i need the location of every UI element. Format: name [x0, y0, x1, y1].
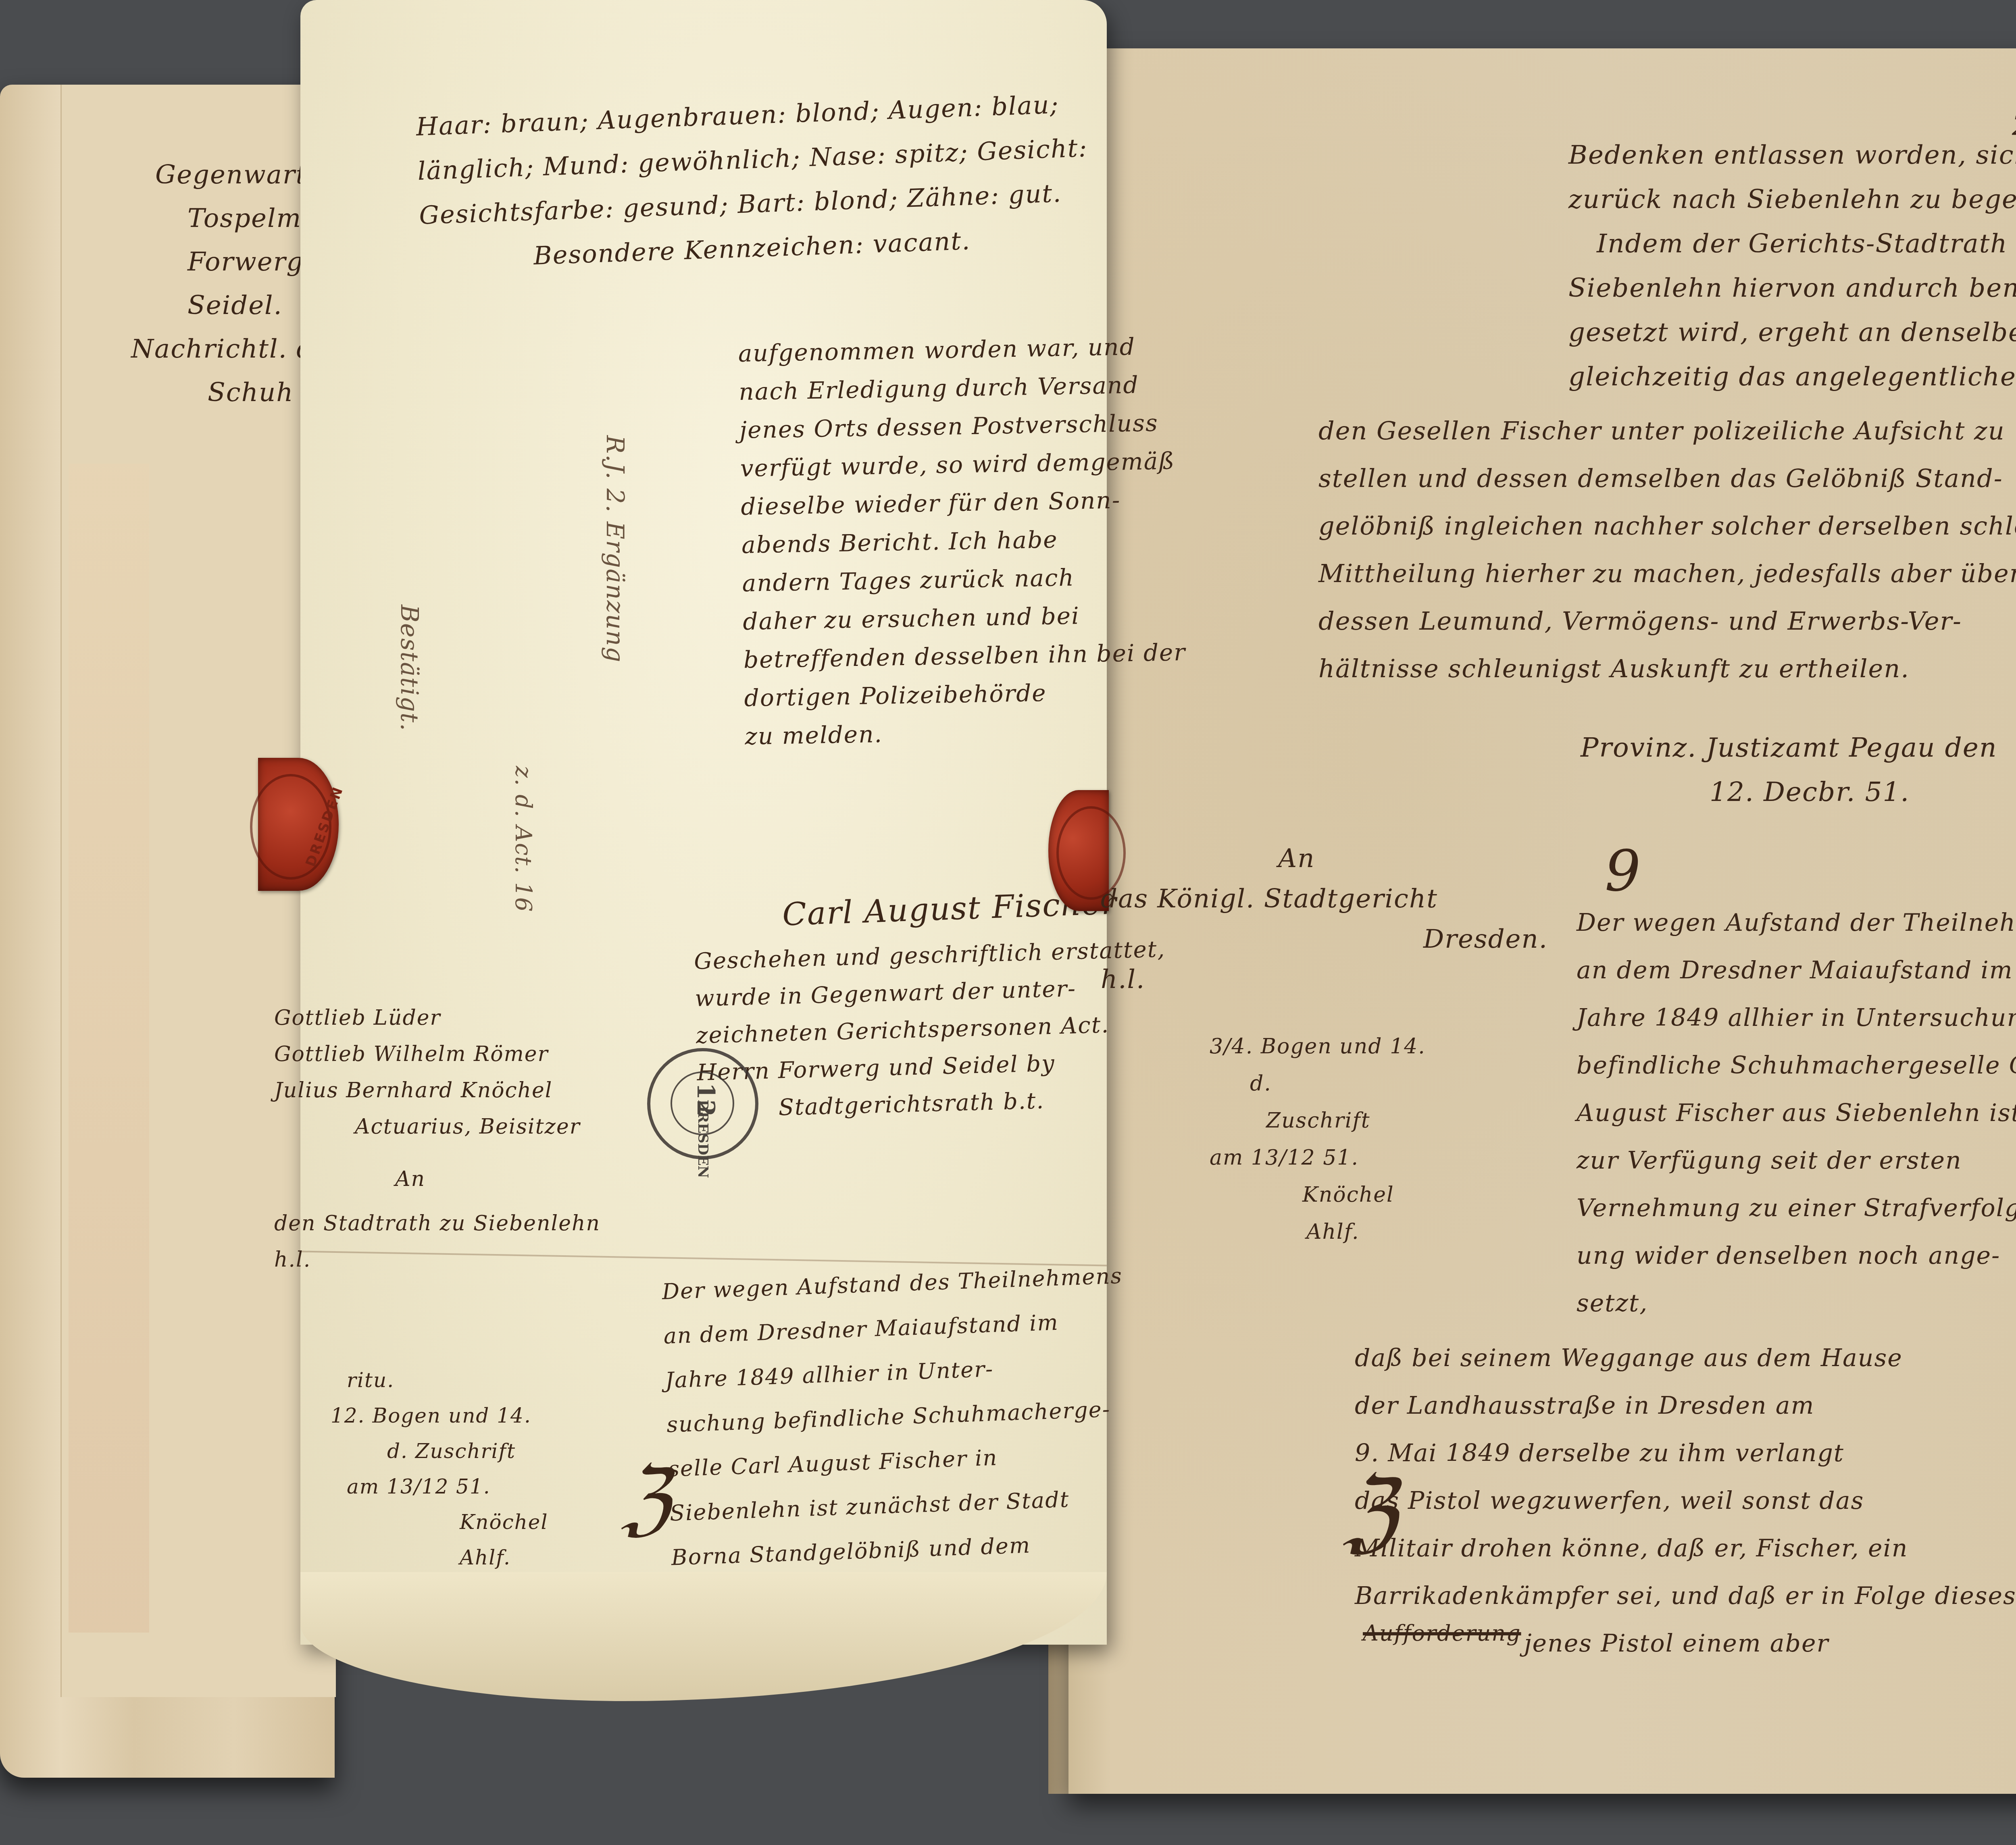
- text-line: Julius Bernhard Knöchel: [274, 1072, 600, 1109]
- personal-description: Haar: braun; Augenbrauen: blond; Augen: …: [415, 81, 1091, 282]
- dresden-postmark: 12 DRESDEN: [647, 1048, 758, 1159]
- text-line: das Pistol wegzuwerfen, weil sonst das: [1355, 1477, 2016, 1525]
- dateline-date: 12. Decbr. 51.: [1581, 770, 1997, 814]
- text-line: Actuarius, Beisitzer: [274, 1109, 600, 1145]
- right-page-top-text: Bedenken entlassen worden, sich sofort z…: [1568, 133, 2016, 399]
- insert-lower-paragraph: Der wegen Aufstand des Theilnehmens an d…: [661, 1254, 1133, 1580]
- text-line: Bedenken entlassen worden, sich sofort: [1568, 133, 2016, 177]
- postmark-city: DRESDEN: [695, 1100, 711, 1178]
- left-underpage-text: Gegenwart Tospelm Forwerg Seidel. Nachri…: [155, 153, 323, 414]
- text-line: Gottlieb Wilhelm Römer: [274, 1036, 600, 1072]
- text-line: am 13/12 51.: [347, 1469, 548, 1504]
- addressee-city: Dresden.: [1101, 919, 1548, 959]
- text-line: Mittheilung hierher zu machen, jedesfall…: [1318, 550, 2016, 597]
- dateline: Provinz. Justizamt Pegau den 12. Decbr. …: [1581, 726, 1997, 814]
- text-line: Knöchel: [1210, 1176, 1426, 1213]
- section-brace-mark: ℨ: [1343, 1459, 1398, 1562]
- text-line: gelöbniß ingleichen nachher solcher ders…: [1318, 502, 2016, 550]
- text-line: Gegenwart: [155, 153, 323, 197]
- text-line: Ahlf.: [1210, 1213, 1426, 1250]
- text-line: gesetzt wird, ergeht an denselben: [1568, 310, 2016, 355]
- text-line: ritu.: [347, 1362, 548, 1398]
- text-line: hältnisse schleunigst Auskunft zu erthei…: [1318, 645, 2016, 693]
- right-page-instructions: den Gesellen Fischer unter polizeiliche …: [1318, 407, 2016, 693]
- addressee-name: das Königl. Stadtgericht: [1101, 879, 1548, 919]
- text-line: befindliche Schuhmachergeselle Carl: [1577, 1042, 2016, 1089]
- right-page-closing: daß bei seinem Weggange aus dem Hause de…: [1355, 1334, 2016, 1667]
- right-page-paragraph: Der wegen Aufstand der Theilnehmer an de…: [1577, 899, 2016, 1327]
- text-line: Militair drohen könne, daß er, Fischer, …: [1355, 1525, 2016, 1572]
- text-line: Vernehmung zu einer Strafverfolg-: [1577, 1184, 2016, 1232]
- vertical-margin-note: z. d. Act. 16: [510, 766, 536, 913]
- text-line: Siebenlehn hiervon andurch benachrichtig…: [1568, 266, 2016, 310]
- addressee-hl: h.l.: [1101, 959, 1548, 1000]
- text-line: 3/4. Bogen und 14.: [1210, 1028, 1426, 1065]
- witness-signatures: Gottlieb Lüder Gottlieb Wilhelm Römer Ju…: [274, 1000, 600, 1278]
- text-line: Ahlf.: [347, 1540, 548, 1575]
- text-line: Zuschrift: [1210, 1102, 1426, 1139]
- text-line: den Stadtrath zu Siebenlehn: [274, 1205, 600, 1242]
- left-page-stain: [69, 464, 149, 1633]
- text-line: stellen und dessen demselben das Gelöbni…: [1318, 455, 2016, 502]
- text-line: Nachrichtl. d.: [131, 327, 323, 371]
- text-line: der Landhausstraße in Dresden am: [1355, 1382, 2016, 1429]
- text-line: dieselbe wieder für den Sonn-: [741, 480, 1184, 526]
- insert-registry-note: ritu. 12. Bogen und 14. d. Zuschrift am …: [347, 1362, 548, 1575]
- text-line: ung wider denselben noch ange-: [1577, 1232, 2016, 1279]
- section-number: 9: [1605, 838, 1641, 904]
- text-line: am 13/12 51.: [1210, 1139, 1426, 1176]
- section-brace-mark: ℨ: [621, 1451, 671, 1545]
- text-line: d.: [1210, 1065, 1426, 1102]
- text-line: Gottlieb Lüder: [274, 1000, 600, 1036]
- text-line: Schuh: [155, 371, 323, 414]
- text-line: setzt,: [1577, 1279, 2016, 1327]
- text-line: an dem Dresdner Maiaufstand im: [1577, 946, 2016, 994]
- text-line: An: [274, 1161, 600, 1197]
- text-line: 12. Bogen und 14.: [331, 1398, 548, 1433]
- vertical-margin-note: R.J. 2. Ergänzung: [601, 435, 629, 663]
- text-line: dessen Leumund, Vermögens- und Erwerbs-V…: [1318, 597, 2016, 645]
- text-line: zur Verfügung seit der ersten: [1577, 1137, 2016, 1184]
- text-line: zurück nach Siebenlehn zu begeben.: [1568, 177, 2016, 222]
- wax-seal-left: DRESDEN: [258, 758, 339, 891]
- text-line: Indem der Gerichts-Stadtrath zu: [1568, 222, 2016, 266]
- text-line: 9. Mai 1849 derselbe zu ihm verlangt: [1355, 1429, 2016, 1477]
- text-line: Tospelm: [155, 197, 323, 240]
- text-line: daß bei seinem Weggange aus dem Hause: [1355, 1334, 2016, 1382]
- text-line: den Gesellen Fischer unter polizeiliche …: [1318, 407, 2016, 455]
- text-line: zu melden.: [745, 710, 1188, 756]
- text-line: gleichzeitig das angelegentliche Ersuche…: [1568, 355, 2016, 399]
- protocol-text: Geschehen und geschriftlich erstattet, w…: [694, 931, 1170, 1128]
- text-line: Forwerg: [155, 240, 323, 284]
- text-line: d. Zuschrift: [347, 1433, 548, 1469]
- inserted-page-curl: [300, 1572, 1107, 1701]
- text-line: Barrikadenkämpfer sei, und daß er in Fol…: [1355, 1572, 2016, 1620]
- dateline-place: Provinz. Justizamt Pegau den: [1581, 726, 1997, 770]
- addressee-an: An: [1101, 838, 1548, 879]
- insert-body-text: aufgenommen worden war, und nach Erledig…: [738, 327, 1187, 756]
- vertical-margin-note: Bestätigt.: [395, 605, 423, 732]
- struck-word: Aufforderung: [1363, 1620, 1521, 1646]
- text-line: Jahre 1849 allhier in Untersuchung: [1577, 994, 2016, 1042]
- text-line: Seidel.: [155, 284, 323, 327]
- text-line: h.l.: [274, 1242, 600, 1278]
- addressee-block: An das Königl. Stadtgericht Dresden. h.l…: [1101, 838, 1548, 1000]
- text-line: August Fischer aus Siebenlehn ist: [1577, 1089, 2016, 1137]
- text-line: Knöchel: [347, 1504, 548, 1540]
- text-line: Der wegen Aufstand der Theilnehmer: [1577, 899, 2016, 946]
- text-line: betreffenden desselben ihn bei der: [743, 633, 1186, 679]
- wax-seal-right: [1048, 790, 1109, 911]
- right-registry-note: 3/4. Bogen und 14. d. Zuschrift am 13/12…: [1210, 1028, 1426, 1250]
